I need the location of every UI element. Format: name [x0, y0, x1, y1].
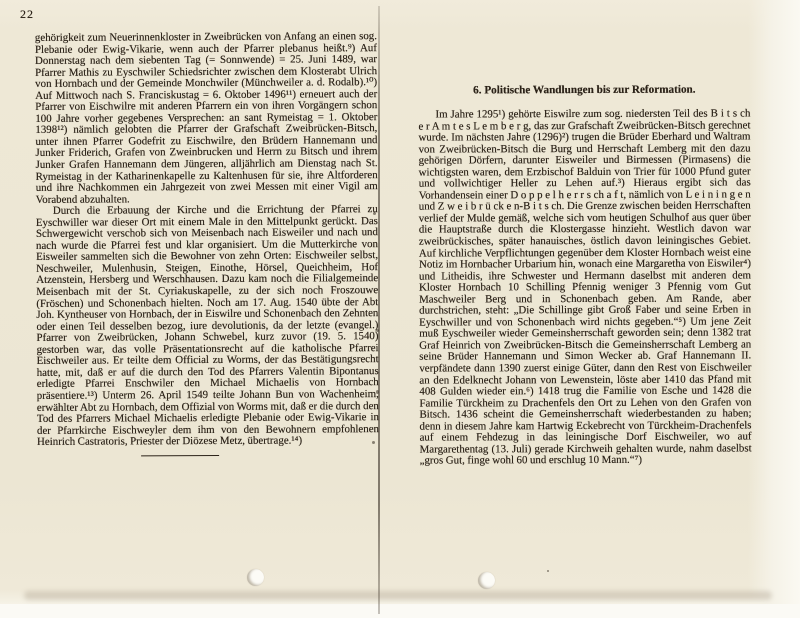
paragraph-continuation: gehörigkeit zum Neuerinnenkloster in Zwe…	[35, 31, 378, 206]
paragraph: Im Jahre 1295¹) gehörte Eiswilre zum sog…	[418, 108, 751, 467]
page-bottom-edge	[0, 604, 800, 618]
bottom-shadow-smudge	[24, 591, 772, 600]
paragraph: Durch die Erbauung der Kirche und die Er…	[36, 204, 379, 448]
ink-speck	[547, 570, 549, 572]
page-left-text-column: gehörigkeit zum Neuerinnenkloster in Zwe…	[35, 31, 379, 456]
page-right-edge-highlight	[748, 0, 800, 618]
hole-punch-right	[478, 572, 495, 589]
hole-punch-left	[247, 569, 264, 586]
page-right-text-column: 6. Politische Wandlungen bis zur Reforma…	[418, 83, 751, 467]
chapter-heading: 6. Politische Wandlungen bis zur Reforma…	[418, 83, 750, 96]
page-number: 22	[20, 7, 34, 22]
